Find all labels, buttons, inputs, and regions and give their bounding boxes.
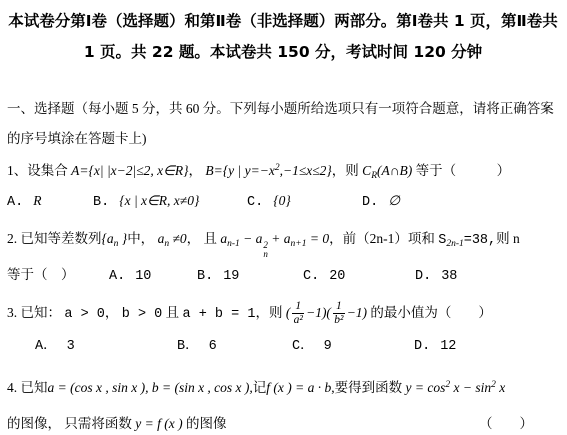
question-3-options-row: A．3B．6C．9D.12 [7, 330, 559, 362]
option-D: D.38 [415, 260, 457, 292]
option-A: A．3 [35, 330, 177, 362]
text-segment: 则 n [496, 231, 520, 246]
question-1-stem: 1、设集合 A={x| |x−2|≤2, x∈R}， B={y | y=−x2,… [7, 156, 559, 186]
math-segment: R [33, 193, 41, 208]
text-segment: ，前（2n-1）项和 [329, 231, 438, 246]
option-label: D. [362, 195, 378, 210]
mono-segment: 38 [441, 269, 457, 284]
answer-blank: （ ） [479, 406, 533, 435]
text-segment: ，则 [255, 305, 285, 320]
fraction-numerator: 1 [333, 300, 345, 314]
subscript-segment: 2n-1 [446, 239, 463, 249]
section-title: 一、选择题（每小题 5 分，共 60 分。下列每小题所给选项只有一项符合题意，请… [7, 94, 559, 154]
math-segment: = 0 [306, 231, 329, 246]
math-segment: ,−1≤x≤2} [280, 163, 332, 178]
option-C: C.{0} [247, 186, 362, 218]
option-label: B． [177, 339, 199, 354]
options-list: A.10B.19C.20D.38 [109, 260, 559, 292]
text-segment: ， [189, 163, 206, 178]
text-segment: 的图像 [183, 416, 227, 431]
exam-header: 本试卷分第Ⅰ卷（选择题）和第Ⅱ卷（非选择题）两部分。第Ⅰ卷共 1 页，第Ⅱ卷共 … [7, 6, 559, 68]
option-D: D.12 [414, 330, 456, 362]
text-segment: ，则 [332, 163, 362, 178]
math-segment: A={x| |x−2|≤2, x∈R} [71, 163, 188, 178]
text-segment: 2. 已知等差数列 [7, 231, 102, 246]
option-C: C.20 [303, 260, 415, 292]
math-segment: y = cos [406, 380, 446, 395]
math-segment: x [496, 380, 505, 395]
math-segment: − a [240, 231, 263, 246]
option-D: D.∅ [362, 186, 400, 218]
math-segment: −1)( [306, 305, 331, 320]
option-label: C. [247, 195, 263, 210]
mono-segment: 10 [135, 269, 151, 284]
math-segment: ∅ [388, 193, 400, 208]
text-segment: 中， [127, 231, 157, 246]
math-segment: (A∩B) [377, 163, 412, 178]
subscript-segment: n-1 [227, 239, 240, 249]
fraction: 1b² [333, 300, 345, 327]
math-segment: f (x ) = a · b [266, 380, 331, 395]
option-label: B. [197, 269, 213, 284]
question-1-options-row: A.RB.{x | x∈R, x≠0}C.{0}D.∅ [7, 186, 559, 218]
question-4-stem: 4. 已知a = (cos x , sin x ), b = (sin x , … [7, 370, 559, 406]
option-label: A． [35, 339, 57, 354]
mono-segment: 6 [209, 339, 217, 354]
fraction-denominator: b² [334, 314, 343, 327]
mono-segment: 3 [67, 339, 75, 354]
text-segment: 且 [162, 305, 182, 320]
option-B: B.19 [197, 260, 303, 292]
text-segment: ， [105, 305, 122, 320]
fraction-numerator: 1 [292, 300, 304, 314]
question-1: 1、设集合 A={x| |x−2|≤2, x∈R}， B={y | y=−x2,… [7, 156, 559, 218]
question-3-stem: 3. 已知： a > 0， b > 0 且 a + b = 1，则 (1a²−1… [7, 298, 559, 330]
text-segment: 的图像， 只需将函数 [7, 416, 135, 431]
options-list: A.RB.{x | x∈R, x≠0}C.{0}D.∅ [7, 186, 559, 218]
mono-segment: a > 0 [64, 307, 105, 322]
text-segment: 1、设集合 [7, 163, 71, 178]
question-2-options-row: 等于（ ） A.10B.19C.20D.38 [7, 260, 559, 292]
subscript-segment: n+1 [291, 239, 307, 249]
mono-segment: =38, [464, 233, 496, 248]
stack-subscript: n [263, 250, 268, 259]
math-segment: C [362, 163, 371, 178]
options-list: A．3B．6C．9D.12 [7, 330, 559, 362]
text-segment: 3. 已知： [7, 305, 64, 320]
option-label: D. [414, 339, 430, 354]
text-segment: 记 [253, 380, 267, 395]
option-label: B. [93, 195, 109, 210]
math-segment: {a [102, 231, 114, 246]
fraction-denominator: a² [294, 314, 303, 327]
option-A: A.10 [109, 260, 197, 292]
option-label: C. [303, 269, 319, 284]
fraction: 1a² [292, 300, 304, 327]
option-label: A. [7, 195, 23, 210]
mono-segment: 19 [223, 269, 239, 284]
option-label: C． [292, 339, 314, 354]
math-segment: a = (cos x , sin x ), b = (sin x , cos x… [48, 380, 253, 395]
text-segment: 4. 已知 [7, 380, 48, 395]
question-2: 2. 已知等差数列{an }中， an ≠0， 且 an-1 − a2n + a… [7, 224, 559, 292]
question-2-stem-continued: 等于（ ） [7, 260, 109, 290]
mono-segment: 9 [324, 339, 332, 354]
text-segment: ,要得到函数 [331, 380, 405, 395]
math-segment: −1) [347, 305, 367, 320]
mono-segment: b > 0 [122, 307, 163, 322]
math-segment: ≠0 [169, 231, 187, 246]
math-segment: {0} [273, 193, 291, 208]
math-segment: {x | x∈R, x≠0} [119, 193, 199, 208]
exam-paper: 本试卷分第Ⅰ卷（选择题）和第Ⅱ卷（非选择题）两部分。第Ⅰ卷共 1 页，第Ⅱ卷共 … [0, 0, 567, 435]
mono-segment: 20 [329, 269, 345, 284]
math-segment: + a [268, 231, 291, 246]
mono-segment: a + b = 1 [183, 307, 256, 322]
math-segment: ( [286, 305, 291, 320]
option-B: B.{x | x∈R, x≠0} [93, 186, 247, 218]
math-segment: B={y | y=−x [205, 163, 274, 178]
question-4: 4. 已知a = (cos x , sin x ), b = (sin x , … [7, 370, 559, 435]
math-segment: y = f (x ) [135, 416, 182, 431]
text-segment: 等于（ ） [412, 163, 510, 178]
question-4-stem-text: 的图像， 只需将函数 y = f (x ) 的图像 [7, 416, 226, 431]
math-segment: x − sin [450, 380, 491, 395]
math-segment: } [118, 231, 127, 246]
question-4-stem-continued: 的图像， 只需将函数 y = f (x ) 的图像 （ ） [7, 406, 559, 435]
mono-segment: 12 [440, 339, 456, 354]
option-A: A.R [7, 186, 93, 218]
option-label: D. [415, 269, 431, 284]
question-3: 3. 已知： a > 0， b > 0 且 a + b = 1，则 (1a²−1… [7, 298, 559, 362]
option-C: C．9 [292, 330, 414, 362]
text-segment: ， 且 [187, 231, 221, 246]
option-B: B．6 [177, 330, 292, 362]
option-label: A. [109, 269, 125, 284]
question-2-stem: 2. 已知等差数列{an }中， an ≠0， 且 an-1 − a2n + a… [7, 224, 559, 260]
text-segment: 的最小值为（ ） [367, 305, 492, 320]
